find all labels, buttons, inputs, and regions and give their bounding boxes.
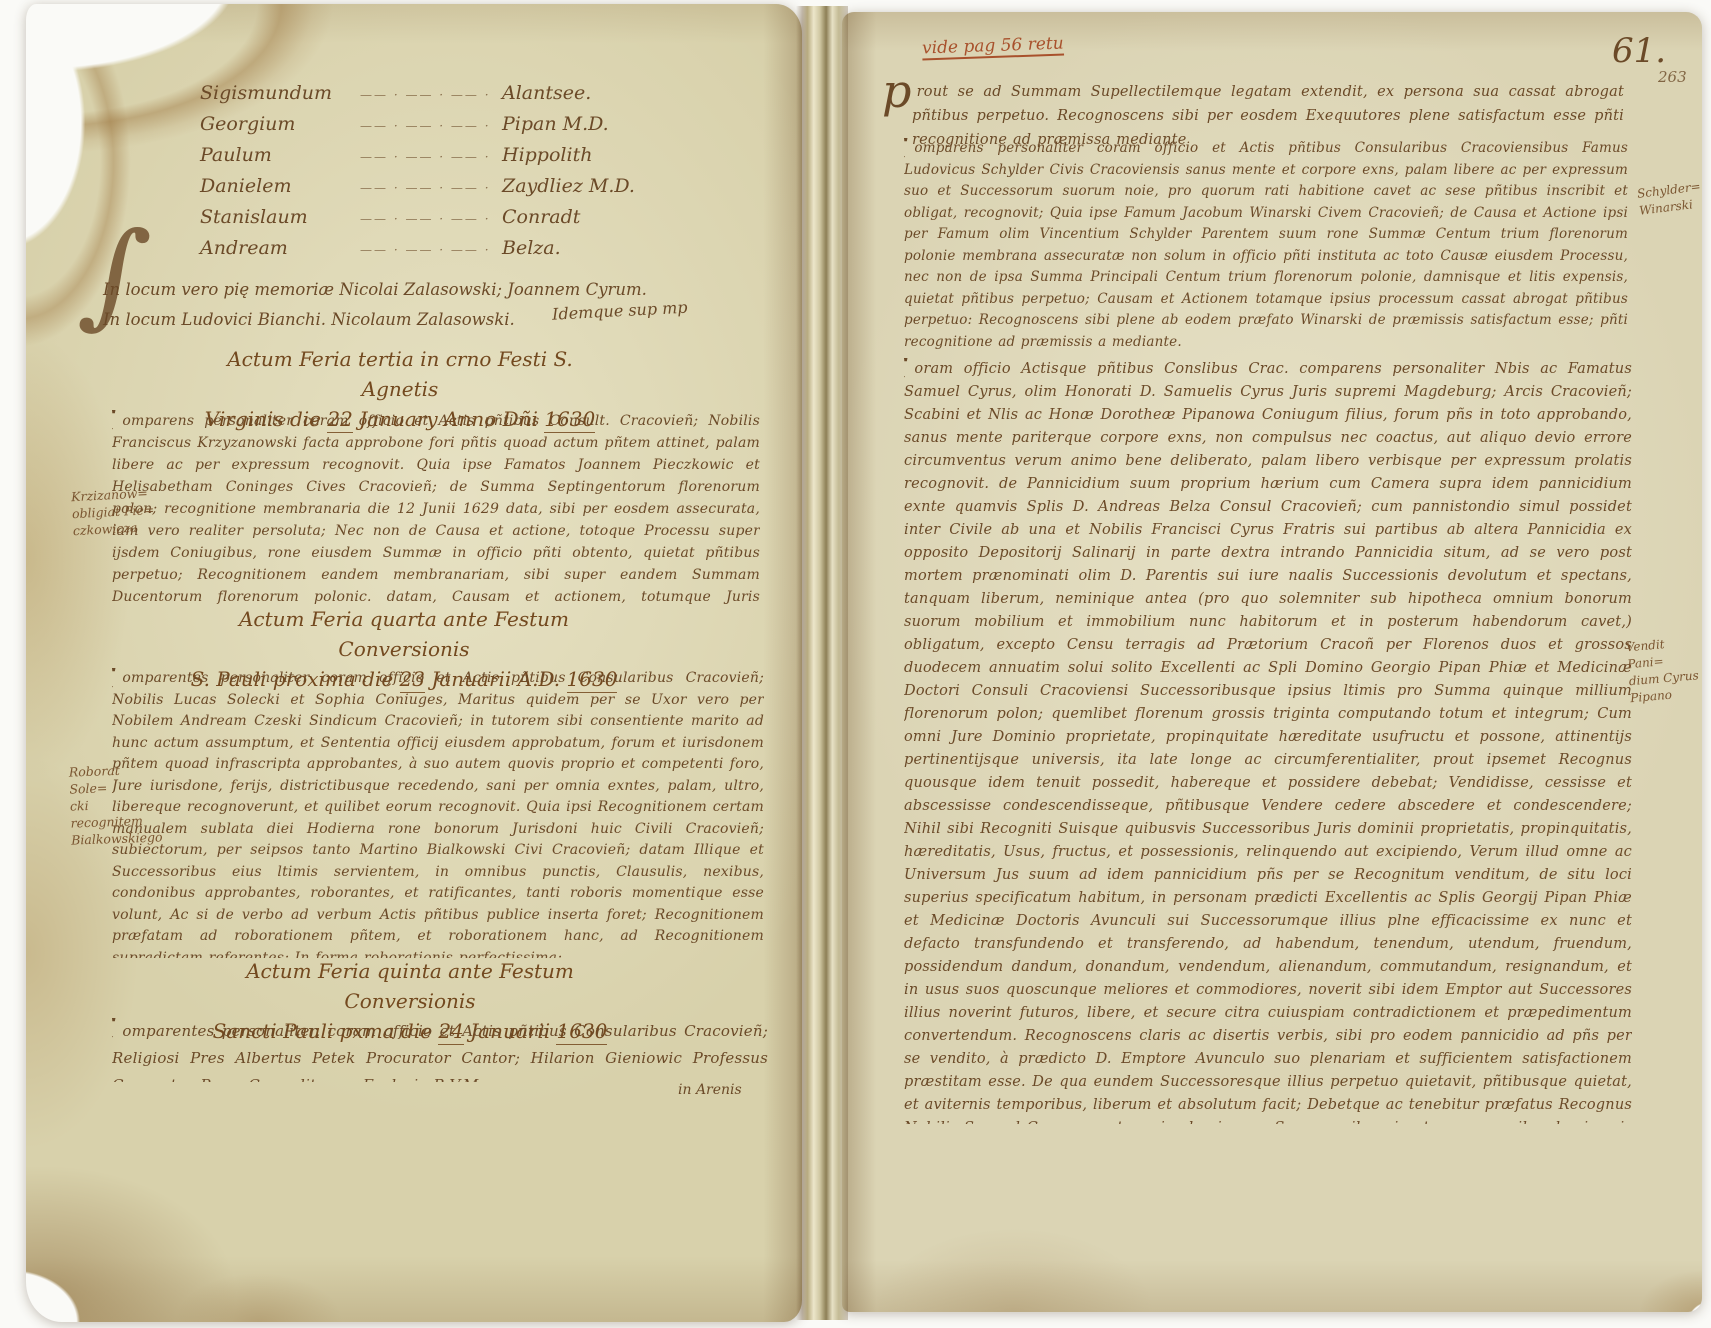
archival-annotation: vide pag 56 retu	[922, 34, 1064, 59]
given-name: Paulum	[200, 144, 352, 166]
dash-leader: —— · —— · —— · ——	[360, 88, 494, 102]
dash-leader: —— · —— · —— · ——	[360, 243, 494, 257]
entry-body: Comparentes personaliter coram officio e…	[112, 668, 764, 958]
succession-note-line: In locum vero pię memoriæ Nicolai Zalaso…	[103, 280, 743, 299]
given-name: Stanislaum	[200, 206, 352, 228]
heading-line: Actum Feria quarta ante Festum Conversio…	[184, 604, 624, 664]
surname: Pipan M.D.	[502, 113, 670, 135]
list-item: Paulum —— · —— · —— · —— Hippolith	[200, 144, 670, 166]
catchword: in Arenis	[678, 1082, 742, 1098]
given-name: Sigismundum	[200, 82, 352, 104]
surname: Hippolith	[502, 144, 670, 166]
margin-note: Roborat Sole= cki recognitem Bialkowskie…	[69, 760, 164, 848]
heading-line: Actum Feria quinta ante Festum Conversio…	[190, 956, 630, 1016]
folio-number: 263	[1658, 68, 1687, 86]
page-number: 61.	[1612, 34, 1666, 68]
right-page: vide pag 56 retu 61. 263 prout se ad Sum…	[842, 12, 1702, 1312]
margin-note: Schylder= Winarski	[1636, 178, 1704, 220]
book-gutter	[796, 6, 848, 1320]
given-name: Georgium	[200, 113, 352, 135]
surname: Zaydliez M.D.	[502, 175, 670, 197]
surname: Alantsee.	[502, 82, 670, 104]
entry-body: Comparentes personaliter, coram officio …	[112, 1018, 768, 1082]
heading-line: Actum Feria tertia in crno Festi S. Agne…	[190, 344, 610, 404]
left-page: Sigismundum —— · —— · —— · —— Alantsee. …	[26, 4, 802, 1322]
margin-note: Krzizanow= obligiat Pie= czkowicza	[71, 484, 160, 539]
entry-body: Comparens personaliter coram officio et …	[112, 410, 760, 610]
dash-leader: —— · —— · —— · ——	[360, 212, 494, 226]
surname: Conradt	[502, 206, 670, 228]
dash-leader: —— · —— · —— · ——	[360, 119, 494, 133]
margin-note: Vendit Pani= dium Cyrus Pipano	[1625, 633, 1707, 707]
list-item: Georgium —— · —— · —— · —— Pipan M.D.	[200, 113, 670, 135]
name-list: Sigismundum —— · —— · —— · —— Alantsee. …	[200, 82, 670, 268]
surname: Belza.	[502, 237, 670, 259]
given-name: Andream	[200, 237, 352, 259]
succession-note-line: In locum Ludovici Bianchi. Nicolaum Zala…	[103, 310, 623, 329]
dash-leader: —— · —— · —— · ——	[360, 150, 494, 164]
entry-body: Comparens personaliter coram officio et …	[904, 138, 1628, 356]
list-item: Danielem —— · —— · —— · —— Zaydliez M.D.	[200, 175, 670, 197]
manuscript-scan: Sigismundum —— · —— · —— · —— Alantsee. …	[0, 0, 1711, 1328]
list-item: Andream —— · —— · —— · —— Belza.	[200, 237, 670, 259]
list-item: Sigismundum —— · —— · —— · —— Alantsee.	[200, 82, 670, 104]
dash-leader: —— · —— · —— · ——	[360, 181, 494, 195]
entry-body: Coram officio Actisque pñtibus Conslibus…	[904, 358, 1632, 1124]
list-item: Stanislaum —— · —— · —— · —— Conradt	[200, 206, 670, 228]
given-name: Danielem	[200, 175, 352, 197]
succession-note-aside: Idemque sup mp	[552, 295, 733, 323]
